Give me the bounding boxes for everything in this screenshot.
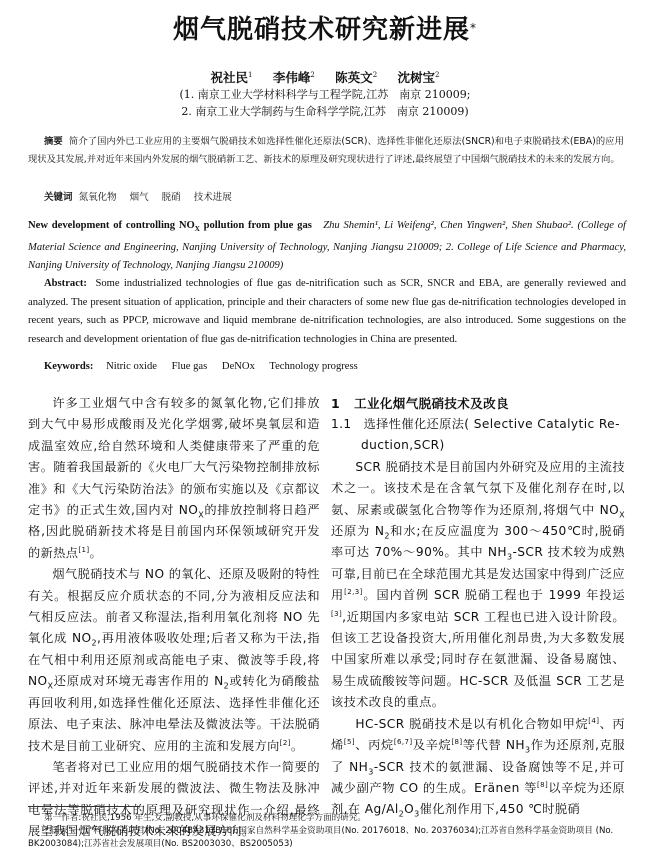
abstract-label: Abstract: [44, 278, 87, 289]
affiliation-1: (1. 南京工业大学材料科学与工程学院,江苏 南京 210009; [0, 86, 650, 103]
citation: [1] [78, 546, 89, 554]
english-header: New development of controlling NOX pollu… [28, 217, 626, 349]
citation: [8] [451, 738, 462, 746]
keyword: 氮氧化物 [79, 192, 117, 203]
citation: [4] [588, 717, 599, 725]
abstract-label: 摘要 [44, 136, 63, 147]
abstract-text: 简介了国内外已工业应用的主要烟气脱硝技术如选择性催化还原法(SCR)、选择性非催… [28, 136, 624, 165]
english-keywords: Keywords: Nitric oxide Flue gas DeNOx Te… [44, 359, 370, 375]
citation: [2] [280, 738, 291, 746]
keyword: DeNOx [222, 361, 255, 372]
section-heading-1: 1工业化烟气脱硝技术及改良 [331, 393, 625, 414]
right-column: 1工业化烟气脱硝技术及改良 1.1选择性催化还原法( Selective Cat… [331, 393, 625, 821]
author-list: 祝社民1 李伟峰2 陈英文2 沈树宝2 [0, 66, 650, 87]
keyword: Nitric oxide [106, 361, 157, 372]
paragraph: 许多工业烟气中含有较多的氮氧化物,它们排放到大气中易形成酸雨及光化学烟雾,破坏臭… [28, 393, 320, 564]
footnote-funding: * 国家"十五"科技攻关项目(No. 2004BA313B16);国家自然科学基… [28, 825, 628, 851]
english-title: New development of controlling NOX pollu… [28, 220, 312, 231]
chinese-abstract: 摘要 简介了国内外已工业应用的主要烟气脱硝技术如选择性催化还原法(SCR)、选择… [28, 133, 624, 169]
chinese-keywords: 关键词 氮氧化物 烟气 脱硝 技术进展 [44, 190, 242, 206]
keyword: 技术进展 [194, 192, 232, 203]
author: 李伟峰2 [273, 70, 315, 85]
keyword: Technology progress [269, 361, 357, 372]
keyword: 烟气 [130, 192, 149, 203]
paragraph: 烟气脱硝技术与 NO 的氧化、还原及吸附的特性有关。根据反应介质状态的不同,分为… [28, 564, 320, 757]
paragraph: SCR 脱硝技术是目前国内外研究及应用的主流技术之一。该技术是在含氧气氛下及催化… [331, 457, 625, 714]
paragraph: HC-SCR 脱硝技术是以有机化合物如甲烷[4]、丙烯[5]、丙烷[6,7]及辛… [331, 714, 625, 821]
keywords-label: Keywords: [44, 361, 93, 372]
english-authors: Zhu Shemin¹, Li Weifeng², Chen Yingwen²,… [323, 220, 573, 231]
author: 陈英文2 [335, 70, 377, 85]
english-abstract: Abstract: Some industrialized technologi… [28, 275, 626, 349]
citation: [2,3] [344, 588, 363, 596]
keywords-label: 关键词 [44, 192, 73, 203]
section-heading-1-1: 1.1选择性催化还原法( Selective Catalytic Re-duct… [331, 414, 625, 457]
citation: [8] [537, 781, 548, 789]
footnotes: 第一作者:祝社民,1956 年生,女,副教授,从事环保催化剂及材料物理化学方面的… [28, 812, 628, 851]
footnote-first-author: 第一作者:祝社民,1956 年生,女,副教授,从事环保催化剂及材料物理化学方面的… [28, 812, 628, 825]
footnote-divider [28, 806, 140, 807]
citation: [3] [331, 610, 342, 618]
abstract-text: Some industrialized technologies of flue… [28, 278, 626, 344]
affiliation-2: 2. 南京工业大学制药与生命科学学院,江苏 南京 210009) [0, 103, 650, 120]
title-text: 烟气脱硝技术研究新进展 [173, 15, 470, 45]
author: 祝社民1 [210, 70, 252, 85]
keyword: Flue gas [172, 361, 208, 372]
citation: [6,7] [394, 738, 413, 746]
keyword: 脱硝 [162, 192, 181, 203]
title-footnote-mark: * [470, 21, 477, 35]
citation: [5] [344, 738, 355, 746]
left-column: 许多工业烟气中含有较多的氮氧化物,它们排放到大气中易形成酸雨及光化学烟雾,破坏臭… [28, 393, 320, 843]
author: 沈树宝2 [398, 70, 440, 85]
paper-title: 烟气脱硝技术研究新进展* [0, 10, 650, 50]
english-title-line: New development of controlling NOX pollu… [28, 217, 626, 275]
